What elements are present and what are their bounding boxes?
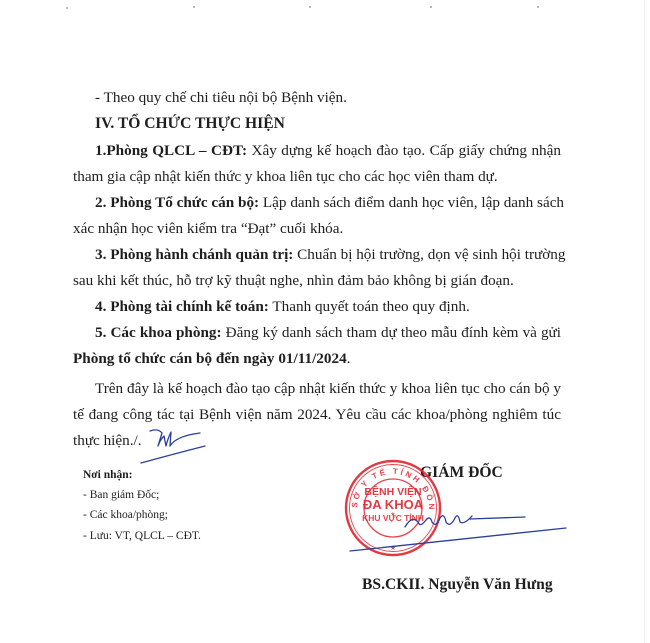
handwritten-signatures — [0, 0, 650, 643]
director-signature-icon — [350, 516, 566, 551]
scan-edge — [644, 0, 645, 643]
document-page: - Theo quy chế chi tiêu nội bộ Bệnh viện… — [0, 0, 650, 643]
initial-signature-icon — [141, 430, 205, 463]
signatory-name: BS.CKII. Nguyễn Văn Hưng — [362, 576, 553, 594]
